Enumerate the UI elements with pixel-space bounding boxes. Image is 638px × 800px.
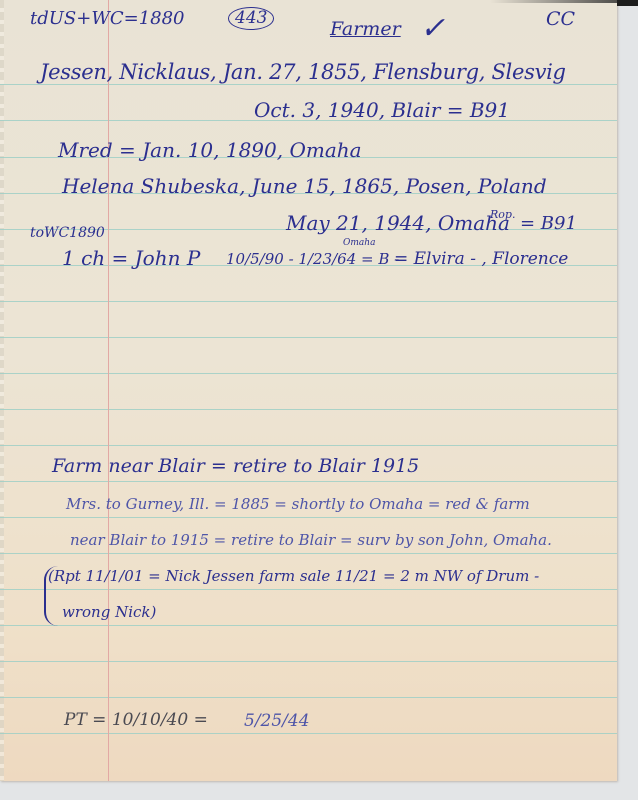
marriage-line: Mred = Jan. 10, 1890, Omaha: [58, 140, 362, 160]
ruled-line: [0, 697, 617, 698]
ruled-line: [0, 301, 617, 302]
checkmark-icon: ✓: [420, 14, 445, 44]
spouse-burial-code: = B91: [520, 215, 577, 233]
child-dates: 10/5/90 - 1/23/64 = B -: [226, 252, 399, 267]
notebook-page: tdUS+WC=1880 443 Farmer ✓ CC Jessen, Nic…: [0, 0, 617, 781]
ruled-line: [0, 553, 617, 554]
spouse-side-note: toWC1890: [30, 226, 105, 240]
pt-line-prefix: PT = 10/10/40 =: [64, 712, 208, 729]
ruled-line: [0, 661, 617, 662]
perforated-edge: [0, 0, 4, 781]
children-label: 1 ch = John P: [62, 248, 200, 268]
spouse-birth-line: Helena Shubeska, June 15, 1865, Posen, P…: [62, 176, 547, 196]
ruled-line: [0, 481, 617, 482]
ruled-line: [0, 517, 617, 518]
notes-line: Mrs. to Gurney, Ill. = 1885 = shortly to…: [66, 497, 530, 512]
record-number: 443: [228, 7, 274, 30]
ruled-line: [0, 733, 617, 734]
spouse-death-line: May 21, 1944, Omaha: [286, 213, 510, 233]
spouse-death-sup: Rop.: [490, 208, 515, 221]
pt-line-suffix: 5/25/44: [244, 713, 310, 730]
ruled-line: [0, 445, 617, 446]
margin-line: [108, 0, 109, 781]
child-spouse-place: = Elvira - , Florence: [394, 251, 568, 268]
subject-birth-line: Jessen, Nicklaus, Jan. 27, 1855, Flensbu…: [40, 62, 566, 83]
notes-line: (Rpt 11/1/01 = Nick Jessen farm sale 11/…: [48, 569, 539, 584]
ruled-line: [0, 373, 617, 374]
census-note: tdUS+WC=1880: [30, 10, 185, 28]
ruled-line: [0, 625, 617, 626]
occupation: Farmer: [330, 20, 401, 39]
ruled-line: [0, 84, 617, 85]
scan-edge-shadow: [490, 0, 617, 3]
notes-line: wrong Nick): [62, 605, 156, 620]
notes-line: near Blair to 1915 = retire to Blair = s…: [70, 533, 552, 548]
ruled-line: [0, 337, 617, 338]
ruled-line: [0, 589, 617, 590]
notes-heading: Farm near Blair = retire to Blair 1915: [52, 457, 419, 476]
child-dates-sup: Omaha: [343, 238, 375, 248]
subject-death-line: Oct. 3, 1940, Blair = B91: [254, 100, 510, 120]
scan-edge-shadow: [617, 0, 638, 6]
ruled-line: [0, 409, 617, 410]
initials: CC: [546, 10, 575, 29]
